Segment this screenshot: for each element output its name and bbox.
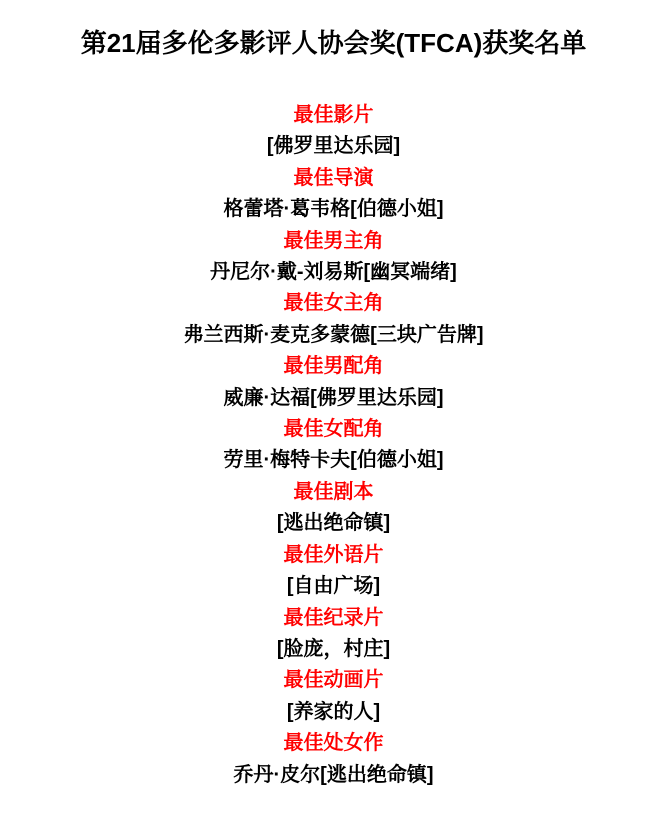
award-category: 最佳剧本 <box>0 477 667 508</box>
award-category: 最佳女配角 <box>0 414 667 445</box>
awards-document: 第21届多伦多影评人协会奖(TFCA)获奖名单 最佳影片 [佛罗里达乐园] 最佳… <box>0 0 667 831</box>
award-winner: [逃出绝命镇] <box>0 508 667 539</box>
award-winner: [养家的人] <box>0 697 667 728</box>
award-category: 最佳女主角 <box>0 288 667 319</box>
award-category: 最佳导演 <box>0 163 667 194</box>
awards-list: 最佳影片 [佛罗里达乐园] 最佳导演 格蕾塔·葛韦格[伯德小姐] 最佳男主角 丹… <box>0 100 667 791</box>
award-winner: 丹尼尔·戴-刘易斯[幽冥端绪] <box>0 257 667 288</box>
award-category: 最佳动画片 <box>0 665 667 696</box>
award-category: 最佳处女作 <box>0 728 667 759</box>
award-category: 最佳影片 <box>0 100 667 131</box>
page-title: 第21届多伦多影评人协会奖(TFCA)获奖名单 <box>0 26 667 60</box>
award-winner: 弗兰西斯·麦克多蒙德[三块广告牌] <box>0 320 667 351</box>
award-winner: [脸庞，村庄] <box>0 634 667 665</box>
award-category: 最佳外语片 <box>0 540 667 571</box>
award-category: 最佳纪录片 <box>0 603 667 634</box>
award-winner: 威廉·达福[佛罗里达乐园] <box>0 383 667 414</box>
award-category: 最佳男配角 <box>0 351 667 382</box>
award-winner: [自由广场] <box>0 571 667 602</box>
award-winner: [佛罗里达乐园] <box>0 131 667 162</box>
award-category: 最佳男主角 <box>0 226 667 257</box>
award-winner: 劳里·梅特卡夫[伯德小姐] <box>0 445 667 476</box>
award-winner: 乔丹·皮尔[逃出绝命镇] <box>0 760 667 791</box>
award-winner: 格蕾塔·葛韦格[伯德小姐] <box>0 194 667 225</box>
